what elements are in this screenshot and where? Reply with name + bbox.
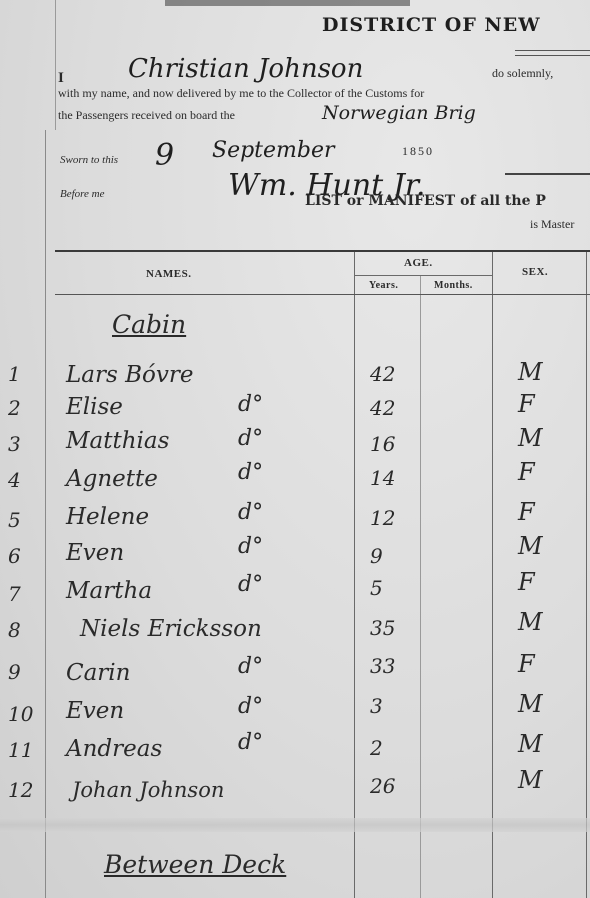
district-title: DISTRICT OF NEW	[322, 14, 541, 36]
table-header-rule	[55, 294, 590, 295]
col-divider-years-months	[420, 276, 421, 898]
oath-prefix: I	[58, 70, 64, 87]
sworn-label: Sworn to this	[60, 154, 118, 166]
year-rule	[505, 173, 590, 175]
master-label: is Master	[530, 217, 574, 232]
before-me-label: Before me	[60, 188, 105, 200]
col-header-sex: SEX.	[522, 266, 548, 278]
sworn-day: 9	[155, 138, 174, 173]
double-rule	[515, 50, 590, 56]
declarant-signature: Christian Johnson	[128, 54, 363, 84]
manifest-document: DISTRICT OF NEW I Christian Johnson do s…	[0, 0, 590, 898]
col-divider-age-sex	[492, 252, 493, 898]
col-header-names: NAMES.	[146, 268, 191, 280]
printer-imprint	[165, 0, 410, 6]
section-between-deck: Between Deck	[104, 850, 286, 879]
manifest-title: LIST or MANIFEST of all the P	[305, 193, 546, 209]
table-top-rule	[55, 250, 590, 252]
col-header-age: AGE.	[404, 257, 433, 269]
sworn-month: September	[212, 138, 335, 163]
oath-line-2: with my name, and now delivered by me to…	[58, 86, 424, 101]
oath-line-3: the Passengers received on board the	[58, 108, 235, 123]
vessel-type: Norwegian Brig	[322, 102, 476, 124]
paper-fold	[0, 818, 590, 832]
left-margin-line	[45, 130, 46, 898]
oath-line-1: do solemnly,	[492, 66, 553, 81]
col-divider-sex	[586, 252, 587, 898]
col-divider-names-age	[354, 252, 355, 898]
age-subheader-rule	[354, 275, 492, 276]
col-header-months: Months.	[434, 280, 473, 291]
col-header-years: Years.	[369, 280, 398, 291]
sworn-year: 1850	[402, 144, 434, 159]
section-cabin: Cabin	[112, 310, 186, 339]
margin-rule	[55, 0, 56, 130]
